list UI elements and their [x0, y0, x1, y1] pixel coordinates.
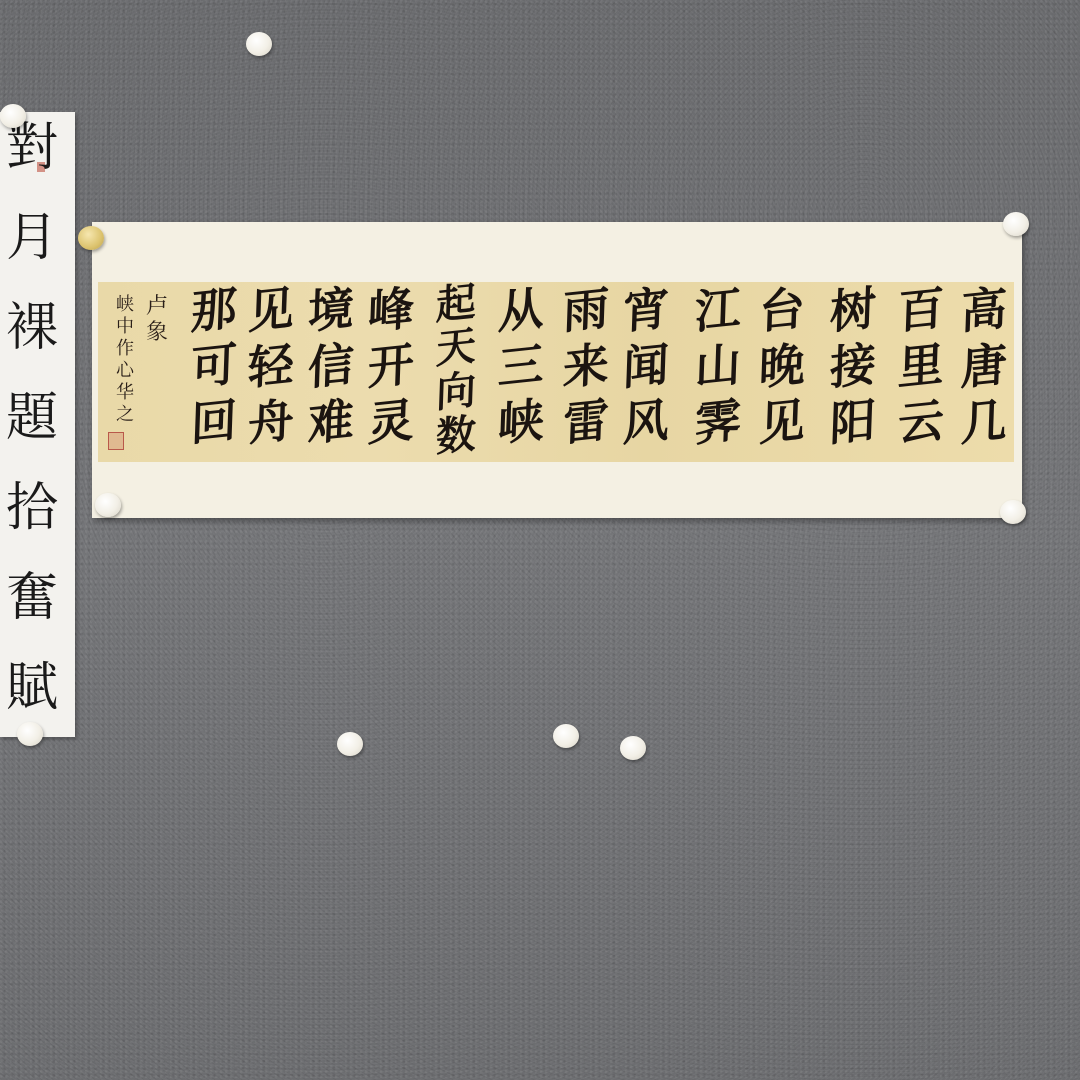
- calligraphy-column: 百里云: [893, 282, 949, 450]
- push-pin: [0, 104, 26, 128]
- calligraphy-column: 峰开灵: [363, 282, 419, 450]
- calligraphy-column: 起天向数: [428, 282, 484, 458]
- calligraphy-column: 境信难: [303, 282, 359, 450]
- push-pin: [17, 722, 43, 746]
- left-char: 題: [0, 392, 72, 444]
- left-char: 拾: [0, 482, 72, 534]
- push-pin: [553, 724, 579, 748]
- left-char: 裸: [0, 302, 72, 354]
- calligraphy-column: 那可回: [186, 282, 242, 450]
- calligraphy-column: 江山霁: [690, 282, 746, 450]
- push-pin: [95, 493, 121, 517]
- push-pin: [620, 736, 646, 760]
- felt-board-background: [0, 0, 1080, 1080]
- inscription-signature: 峡中作 心华之: [112, 294, 138, 426]
- left-calligraphy-scroll: 對 月 裸 題 拾 奮 賦: [0, 112, 75, 737]
- calligraphy-column: 宵闻风: [618, 282, 674, 450]
- left-char: 賦: [0, 662, 72, 714]
- calligraphy-column: 台晚见: [754, 282, 810, 450]
- push-pin: [1000, 500, 1026, 524]
- left-char: 奮: [0, 572, 72, 624]
- left-char: 對: [0, 122, 72, 174]
- calligraphy-column: 树接阳: [825, 282, 881, 450]
- inscription-title: 卢象: [144, 294, 170, 346]
- calligraphy-column: 雨来雷: [558, 282, 614, 450]
- calligraphy-panel: 高唐几 百里云 树接阳 台晚见 江山霁 宵闻风 雨来雷 从三峡 起天向数 峰开灵…: [98, 282, 1014, 462]
- push-pin: [246, 32, 272, 56]
- push-pin: [1003, 212, 1029, 236]
- left-char: 月: [0, 212, 72, 264]
- push-pin: [337, 732, 363, 756]
- calligraphy-column: 高唐几: [956, 282, 1012, 450]
- horizontal-calligraphy-scroll: 高唐几 百里云 树接阳 台晚见 江山霁 宵闻风 雨来雷 从三峡 起天向数 峰开灵…: [92, 222, 1022, 518]
- calligraphy-column: 从三峡: [493, 282, 549, 450]
- push-pin: [78, 226, 104, 250]
- calligraphy-column: 见轻舟: [243, 282, 299, 450]
- seal-stamp: [108, 432, 124, 450]
